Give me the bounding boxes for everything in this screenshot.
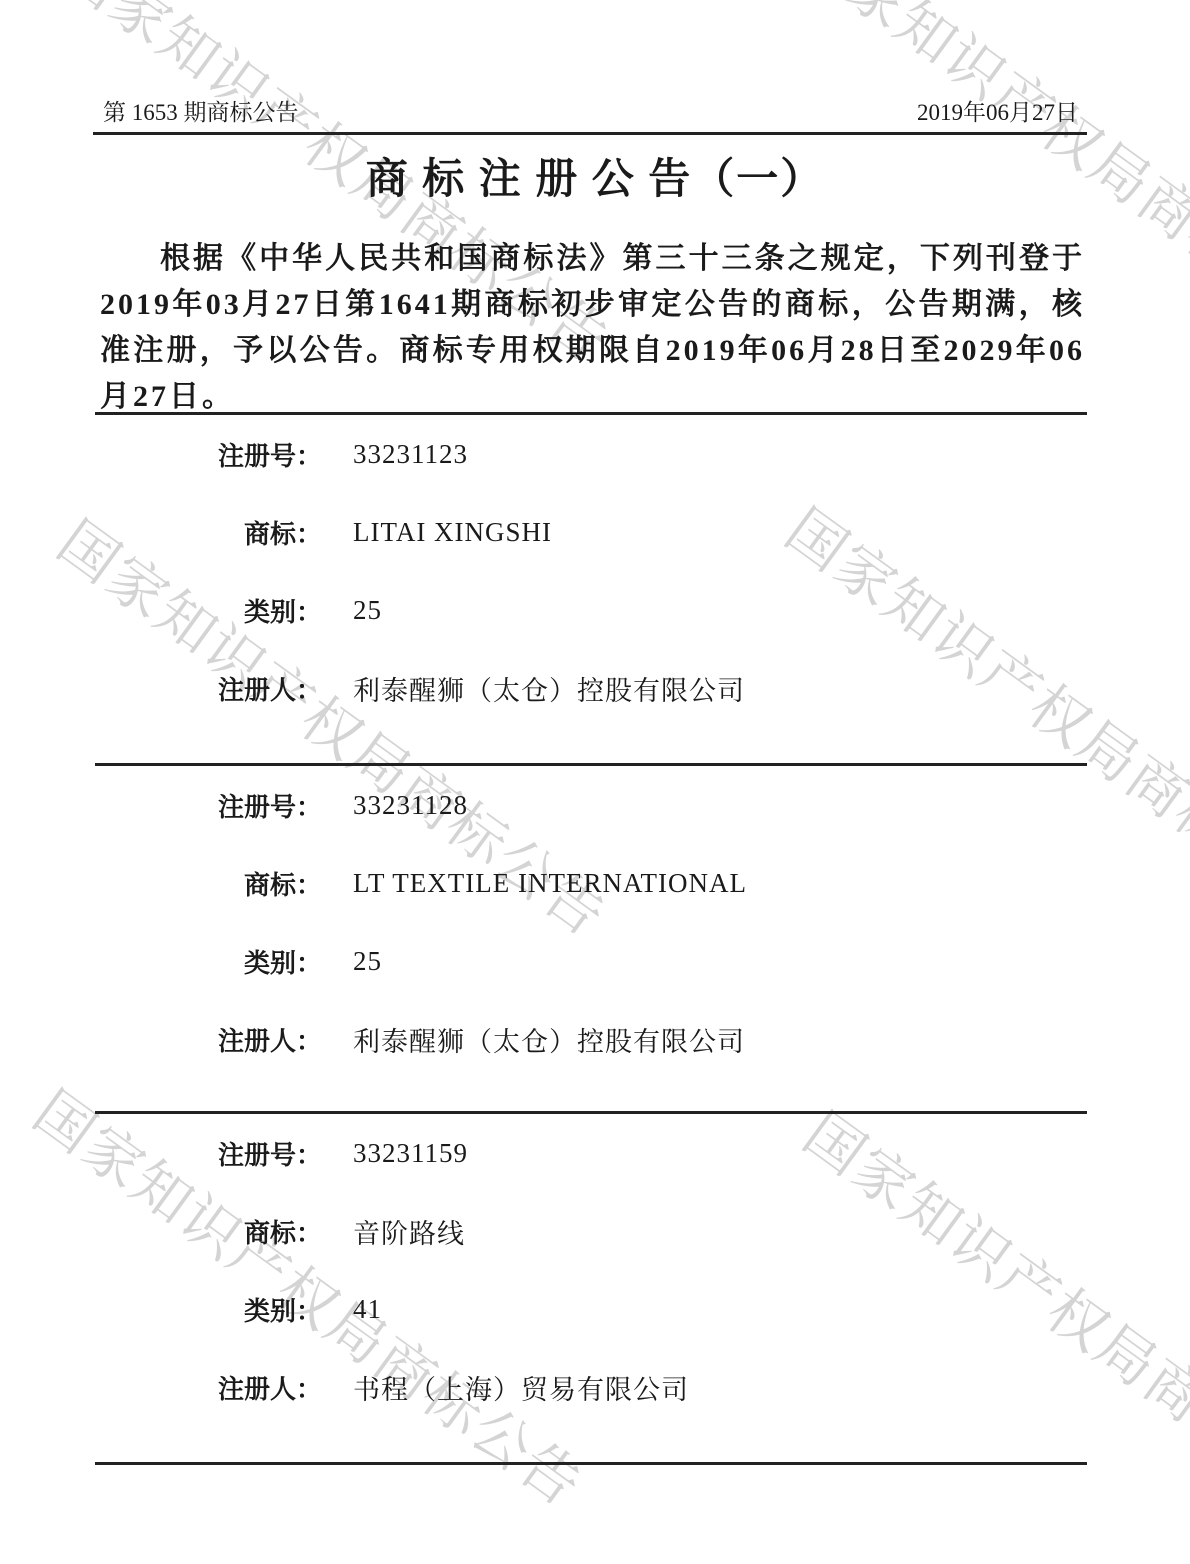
- trademark-value: 音阶路线: [353, 1212, 465, 1251]
- announcement-page: 国家知识产权局商标公告 国家知识产权局商标公告 国家知识产权局商标公告 国家知识…: [0, 0, 1190, 1564]
- class-row: 类别： 25: [95, 922, 1087, 1000]
- registrant-row: 注册人： 利泰醒狮（太仓）控股有限公司: [95, 1000, 1087, 1078]
- trademark-value: LT TEXTILE INTERNATIONAL: [353, 868, 747, 899]
- class-label: 类别：: [95, 943, 322, 980]
- registrant-label: 注册人：: [95, 1021, 322, 1058]
- trademark-label: 商标：: [95, 865, 322, 902]
- trademark-label: 商标：: [95, 1213, 322, 1250]
- issue-number-label: 第 1653 期商标公告: [103, 94, 299, 127]
- reg-no-value: 33231123: [353, 439, 468, 470]
- registrant-row: 注册人： 利泰醒狮（太仓）控股有限公司: [95, 649, 1087, 727]
- publication-date: 2019年06月27日: [917, 94, 1078, 127]
- trademark-row: 商标： LITAI XINGSHI: [95, 493, 1087, 571]
- reg-no-row: 注册号： 33231128: [95, 766, 1087, 844]
- class-value: 25: [353, 946, 382, 977]
- registrant-value: 书程（上海）贸易有限公司: [353, 1368, 689, 1407]
- page-title: 商 标 注 册 公 告（一）: [0, 146, 1190, 206]
- class-value: 25: [353, 595, 382, 626]
- registrant-label: 注册人：: [95, 670, 322, 707]
- registrant-value: 利泰醒狮（太仓）控股有限公司: [353, 1020, 745, 1059]
- registrant-row: 注册人： 书程（上海）贸易有限公司: [95, 1348, 1087, 1426]
- class-row: 类别： 25: [95, 571, 1087, 649]
- class-label: 类别：: [95, 1291, 322, 1328]
- registrant-value: 利泰醒狮（太仓）控股有限公司: [353, 669, 745, 708]
- reg-no-row: 注册号： 33231123: [95, 415, 1087, 493]
- class-row: 类别： 41: [95, 1270, 1087, 1348]
- trademark-label: 商标：: [95, 514, 322, 551]
- bottom-divider: [95, 1462, 1087, 1465]
- reg-no-value: 33231159: [353, 1138, 468, 1169]
- trademark-row: 商标： 音阶路线: [95, 1192, 1087, 1270]
- trademark-entry: 注册号： 33231159 商标： 音阶路线 类别： 41 注册人： 书程（上海…: [95, 1111, 1087, 1426]
- class-label: 类别：: [95, 592, 322, 629]
- reg-no-label: 注册号：: [95, 1135, 322, 1172]
- trademark-row: 商标： LT TEXTILE INTERNATIONAL: [95, 844, 1087, 922]
- trademark-value: LITAI XINGSHI: [353, 517, 552, 548]
- trademark-entry: 注册号： 33231128 商标： LT TEXTILE INTERNATION…: [95, 763, 1087, 1078]
- trademark-entry: 注册号： 33231123 商标： LITAI XINGSHI 类别： 25 注…: [95, 412, 1087, 727]
- header-divider: [93, 132, 1087, 135]
- reg-no-label: 注册号：: [95, 787, 322, 824]
- reg-no-label: 注册号：: [95, 436, 322, 473]
- class-value: 41: [353, 1294, 382, 1325]
- reg-no-row: 注册号： 33231159: [95, 1114, 1087, 1192]
- reg-no-value: 33231128: [353, 790, 468, 821]
- intro-paragraph: 根据《中华人民共和国商标法》第三十三条之规定，下列刊登于2019年03月27日第…: [100, 236, 1085, 420]
- registrant-label: 注册人：: [95, 1369, 322, 1406]
